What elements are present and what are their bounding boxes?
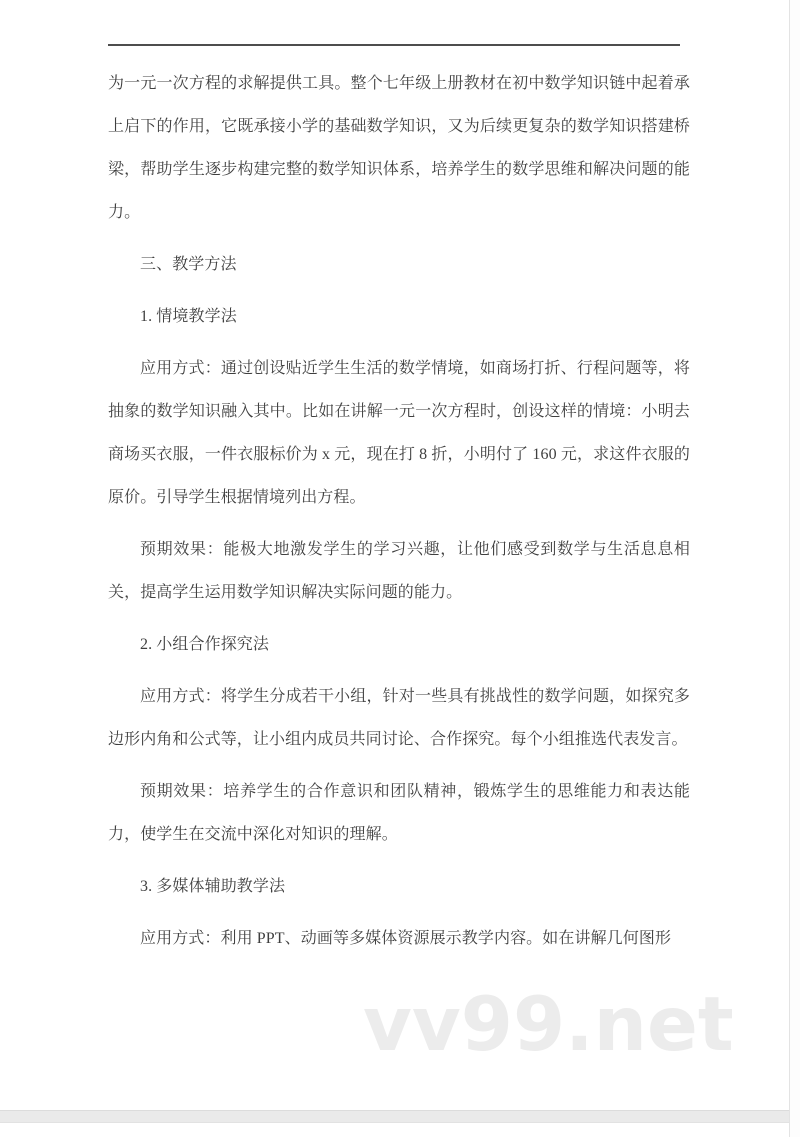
page-text-content: 为一元一次方程的求解提供工具。整个七年级上册教材在初中数学知识链中起着承上启下的… — [108, 62, 690, 960]
page-separator — [0, 1110, 789, 1123]
body-paragraph: 为一元一次方程的求解提供工具。整个七年级上册教材在初中数学知识链中起着承上启下的… — [108, 62, 690, 234]
page-right-edge — [789, 0, 790, 1137]
body-paragraph: 预期效果：能极大地激发学生的学习兴趣，让他们感受到数学与生活息息相关，提高学生运… — [108, 528, 690, 614]
section-heading: 1. 情境教学法 — [108, 295, 690, 338]
section-heading: 3. 多媒体辅助教学法 — [108, 865, 690, 908]
next-page-top — [0, 1123, 789, 1137]
document-viewer: vv99.net 为一元一次方程的求解提供工具。整个七年级上册教材在初中数学知识… — [0, 0, 800, 1137]
document-page: vv99.net 为一元一次方程的求解提供工具。整个七年级上册教材在初中数学知识… — [0, 0, 789, 1110]
body-paragraph: 应用方式：将学生分成若干小组，针对一些具有挑战性的数学问题，如探究多边形内角和公… — [108, 675, 690, 761]
section-heading: 三、教学方法 — [108, 243, 690, 286]
site-watermark: vv99.net — [363, 987, 734, 1062]
horizontal-rule — [108, 44, 680, 46]
body-paragraph: 预期效果：培养学生的合作意识和团队精神，锻炼学生的思维能力和表达能力，使学生在交… — [108, 770, 690, 856]
section-heading: 2. 小组合作探究法 — [108, 623, 690, 666]
body-paragraph: 应用方式：通过创设贴近学生生活的数学情境，如商场打折、行程问题等，将抽象的数学知… — [108, 347, 690, 519]
body-paragraph: 应用方式：利用 PPT、动画等多媒体资源展示教学内容。如在讲解几何图形 — [108, 917, 690, 960]
